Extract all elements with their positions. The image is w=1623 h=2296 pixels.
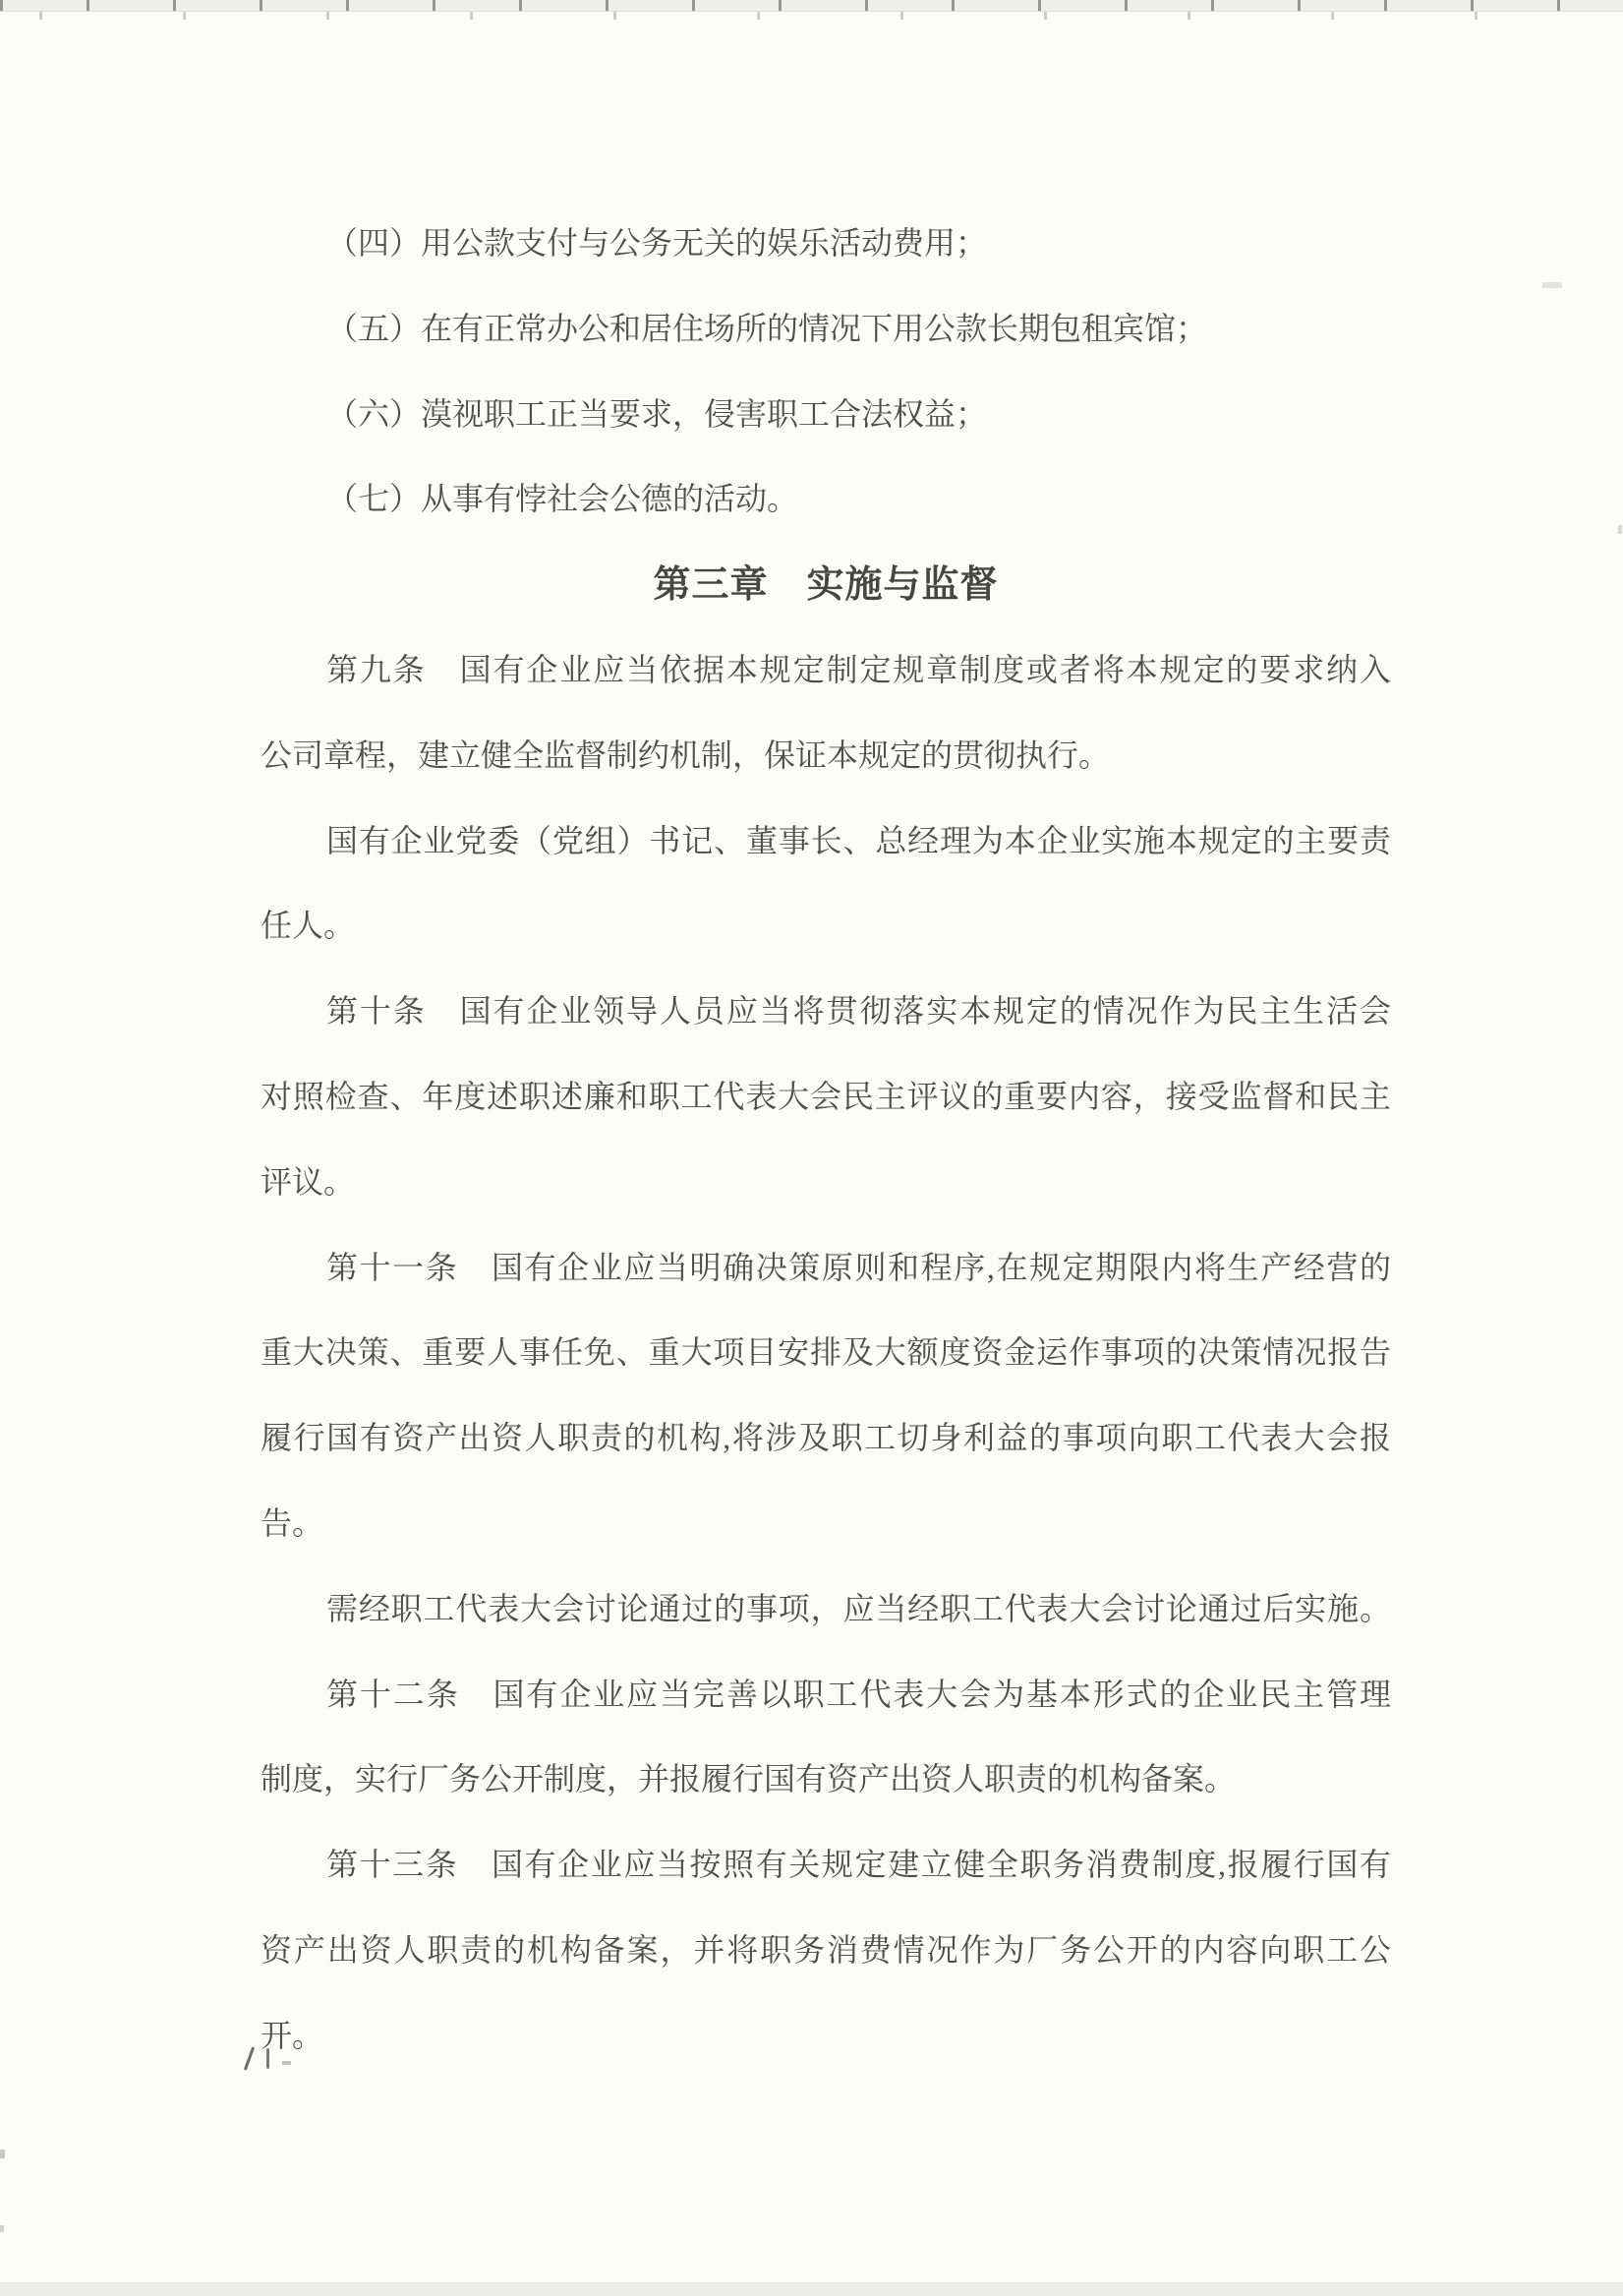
article-12-line-1: 第十二条 国有企业应当完善以职工代表大会为基本形式的企业民主管理	[261, 1652, 1391, 1737]
scan-edge-bottom	[0, 2282, 1623, 2296]
document-body: （四）用公款支付与公务无关的娱乐活动费用； （五）在有正常办公和居住场所的情况下…	[261, 201, 1391, 2079]
article-13-line-3: 开。	[261, 1993, 1391, 2079]
scan-edge-top	[0, 0, 1623, 12]
article-10-line-1: 第十条 国有企业领导人员应当将贯彻落实本规定的情况作为民主生活会	[261, 969, 1391, 1054]
scan-artifact-pen-mark	[266, 2048, 269, 2069]
scan-artifact-smudge	[1542, 282, 1562, 288]
scan-artifact-speck	[282, 2061, 291, 2065]
document-page: （四）用公款支付与公务无关的娱乐活动费用； （五）在有正常办公和居住场所的情况下…	[0, 0, 1623, 2296]
article-10-line-2: 对照检查、年度述职述廉和职工代表大会民主评议的重要内容，接受监督和民主	[261, 1054, 1391, 1140]
scan-tick-marks	[39, 12, 1583, 20]
article-11-line-1: 第十一条 国有企业应当明确决策原则和程序,在规定期限内将生产经营的	[261, 1225, 1391, 1311]
list-item-5: （五）在有正常办公和居住场所的情况下用公款长期包租宾馆；	[261, 286, 1391, 372]
article-10-line-3: 评议。	[261, 1140, 1391, 1225]
list-item-4: （四）用公款支付与公务无关的娱乐活动费用；	[261, 201, 1391, 286]
article-13-line-1: 第十三条 国有企业应当按照有关规定建立健全职务消费制度,报履行国有	[261, 1822, 1391, 1908]
article-12-line-2: 制度，实行厂务公开制度，并报履行国有资产出资人职责的机构备案。	[261, 1737, 1391, 1822]
article-13-line-2: 资产出资人职责的机构备案，并将职务消费情况作为厂务公开的内容向职工公	[261, 1908, 1391, 1993]
list-item-6: （六）漠视职工正当要求，侵害职工合法权益；	[261, 372, 1391, 457]
article-11-line-2: 重大决策、重要人事任免、重大项目安排及大额度资金运作事项的决策情况报告	[261, 1310, 1391, 1395]
article-9-line-3: 国有企业党委（党组）书记、董事长、总经理为本企业实施本规定的主要责	[261, 798, 1391, 884]
article-11-line-3: 履行国有资产出资人职责的机构,将涉及职工切身利益的事项向职工代表大会报	[261, 1395, 1391, 1481]
scan-artifact-speck	[0, 2225, 4, 2232]
scan-artifact-pen-mark	[244, 2046, 255, 2071]
article-9-line-1: 第九条 国有企业应当依据本规定制定规章制度或者将本规定的要求纳入	[261, 627, 1391, 713]
scan-artifact-speck	[1618, 525, 1622, 534]
scan-artifact-speck	[0, 2149, 5, 2158]
article-9-line-4: 任人。	[261, 883, 1391, 969]
article-11-line-5: 需经职工代表大会讨论通过的事项，应当经职工代表大会讨论通过后实施。	[261, 1566, 1391, 1652]
article-11-line-4: 告。	[261, 1481, 1391, 1566]
article-9-line-2: 公司章程，建立健全监督制约机制，保证本规定的贯彻执行。	[261, 713, 1391, 798]
chapter-heading: 第三章 实施与监督	[261, 542, 1391, 627]
list-item-7: （七）从事有悖社会公德的活动。	[261, 456, 1391, 542]
